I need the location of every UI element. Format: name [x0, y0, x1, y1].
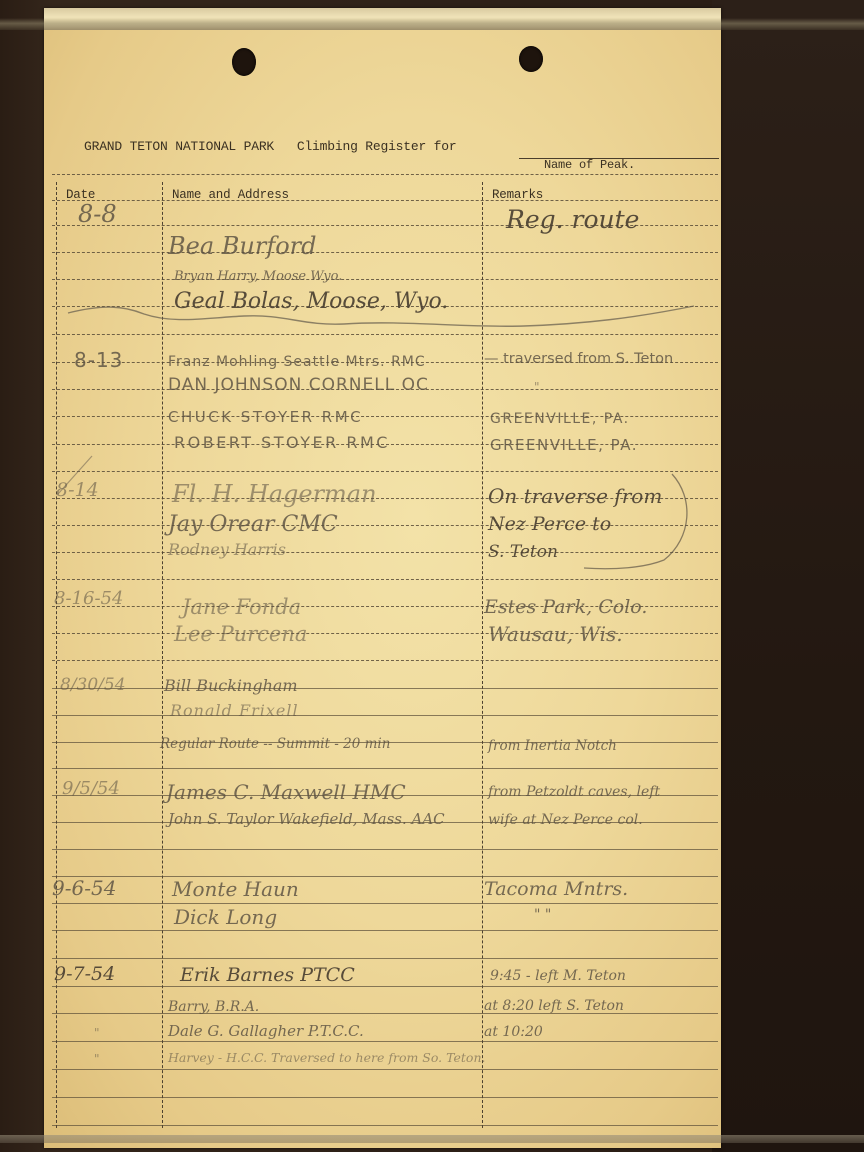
- entry-name: John S. Taylor Wakefield, Mass. AAC: [168, 810, 445, 828]
- entry-name: Harvey - H.C.C. Traversed to here from S…: [168, 1050, 485, 1065]
- ruled-line: [52, 958, 718, 959]
- punch-hole-left: [232, 48, 256, 76]
- ruled-line: [52, 279, 718, 280]
- ruled-line: [52, 334, 718, 335]
- ditto-mark: ": [94, 1026, 100, 1040]
- entry-name: Erik Barnes PTCC: [180, 964, 355, 986]
- entry-name: Barry, B.R.A.: [168, 999, 259, 1015]
- date-column-divider: [162, 182, 163, 1128]
- entry-name: Geal Bolas, Moose, Wyo.: [174, 289, 448, 314]
- ruled-line: [52, 252, 718, 253]
- register-label: Climbing Register for: [297, 139, 457, 154]
- ruled-line: [52, 471, 718, 472]
- entry-name: Dick Long: [174, 905, 277, 929]
- entry-remark: S. Teton: [488, 542, 558, 562]
- entry-remark: On traverse from: [488, 484, 662, 508]
- entry-name: James C. Maxwell HMC: [166, 780, 406, 804]
- ruled-line: [52, 1125, 718, 1126]
- remarks-column-divider: [482, 182, 483, 1128]
- peak-caption: Name of Peak.: [544, 158, 635, 172]
- entry-name: Bill Buckingham: [164, 676, 298, 695]
- ruled-line: [52, 986, 718, 987]
- sleeve-edge-bottom: [0, 1135, 864, 1143]
- sleeve-edge-top: [0, 18, 864, 30]
- ruled-line: [52, 1097, 718, 1098]
- entry-remark: GREENVILLE, PA.: [490, 411, 630, 427]
- entry-remark: wife at Nez Perce col.: [488, 812, 643, 828]
- entry-remark: from Petzoldt caves, left: [488, 784, 660, 800]
- entry-remark: Estes Park, Colo.: [484, 596, 647, 618]
- entry-name: Dale G. Gallagher P.T.C.C.: [168, 1022, 364, 1040]
- header-name-address: Name and Address: [172, 188, 289, 202]
- ruled-line: [52, 660, 718, 661]
- ruled-line: [52, 552, 718, 553]
- entry-remark: from Inertia Notch: [488, 738, 617, 754]
- entry-remark: Reg. route: [506, 205, 639, 234]
- entry-remark: Tacoma Mntrs.: [484, 878, 628, 900]
- ruled-line: [52, 1069, 718, 1070]
- ruled-line: [52, 768, 718, 769]
- ruled-line: [52, 525, 718, 526]
- entry-name: Bea Burford: [168, 232, 317, 260]
- ruled-line: [52, 930, 718, 931]
- ruled-line: [52, 903, 718, 904]
- ruled-line: [52, 715, 718, 716]
- entry-name: Regular Route -- Summit - 20 min: [160, 736, 390, 752]
- entry-remark: Nez Perce to: [488, 513, 611, 535]
- entry-remark: ": [534, 380, 541, 394]
- ruled-line: [52, 579, 718, 580]
- entry-name: Monte Haun: [172, 877, 299, 901]
- entry-name: Bryan Harry, Moose Wyo.: [174, 269, 342, 284]
- header-remarks: Remarks: [492, 188, 543, 202]
- entry-name: ROBERT STOYER RMC: [174, 433, 390, 452]
- entry-name: DAN JOHNSON CORNELL OC: [168, 375, 429, 395]
- entry-remark: 9:45 - left M. Teton: [490, 968, 626, 984]
- entry-name: Jay Orear CMC: [168, 512, 338, 537]
- register-sheet: GRAND TETON NATIONAL PARK Climbing Regis…: [44, 8, 721, 1148]
- ruled-line: [52, 688, 718, 689]
- ruled-line: [52, 200, 718, 201]
- ruled-line: [52, 1041, 718, 1042]
- backdrop: [712, 0, 864, 1152]
- entry-remark: GREENVILLE, PA.: [490, 436, 638, 454]
- entry-date: 8-14: [56, 479, 99, 501]
- entry-date: 9-6-54: [52, 876, 116, 900]
- entry-name: Rodney Harris: [168, 540, 286, 559]
- ruled-line: [52, 876, 718, 877]
- entry-date: 9-7-54: [54, 963, 115, 985]
- left-border: [56, 182, 57, 1128]
- entry-remark: at 10:20: [484, 1024, 543, 1040]
- entry-name: Lee Purcena: [174, 622, 307, 646]
- entry-remark: — traversed from S. Teton: [484, 351, 673, 367]
- ruled-line: [52, 174, 718, 175]
- entry-name: Franz Mohling Seattle Mtrs. RMC: [168, 354, 426, 370]
- punch-hole-right: [519, 46, 543, 72]
- ruled-line: [52, 849, 718, 850]
- entry-remark: Wausau, Wis.: [488, 622, 623, 646]
- entry-date: 8/30/54: [60, 675, 126, 695]
- entry-date: 8-8: [78, 200, 117, 228]
- entry-date: 8-13: [74, 348, 123, 372]
- entry-remark: at 8:20 left S. Teton: [484, 998, 624, 1014]
- ditto-mark: ": [94, 1052, 100, 1066]
- entry-name: Jane Fonda: [182, 595, 301, 619]
- entry-date: 8-16-54: [54, 588, 123, 609]
- form-title: GRAND TETON NATIONAL PARK Climbing Regis…: [84, 139, 457, 154]
- entry-name: CHUCK STOYER RMC: [168, 408, 363, 426]
- park-title: GRAND TETON NATIONAL PARK: [84, 139, 274, 154]
- entry-name: Ronald Frixell: [170, 701, 299, 720]
- entry-name: Fl. H. Hagerman: [172, 480, 377, 508]
- entry-remark: " ": [534, 907, 551, 923]
- entry-date: 9/5/54: [62, 778, 120, 799]
